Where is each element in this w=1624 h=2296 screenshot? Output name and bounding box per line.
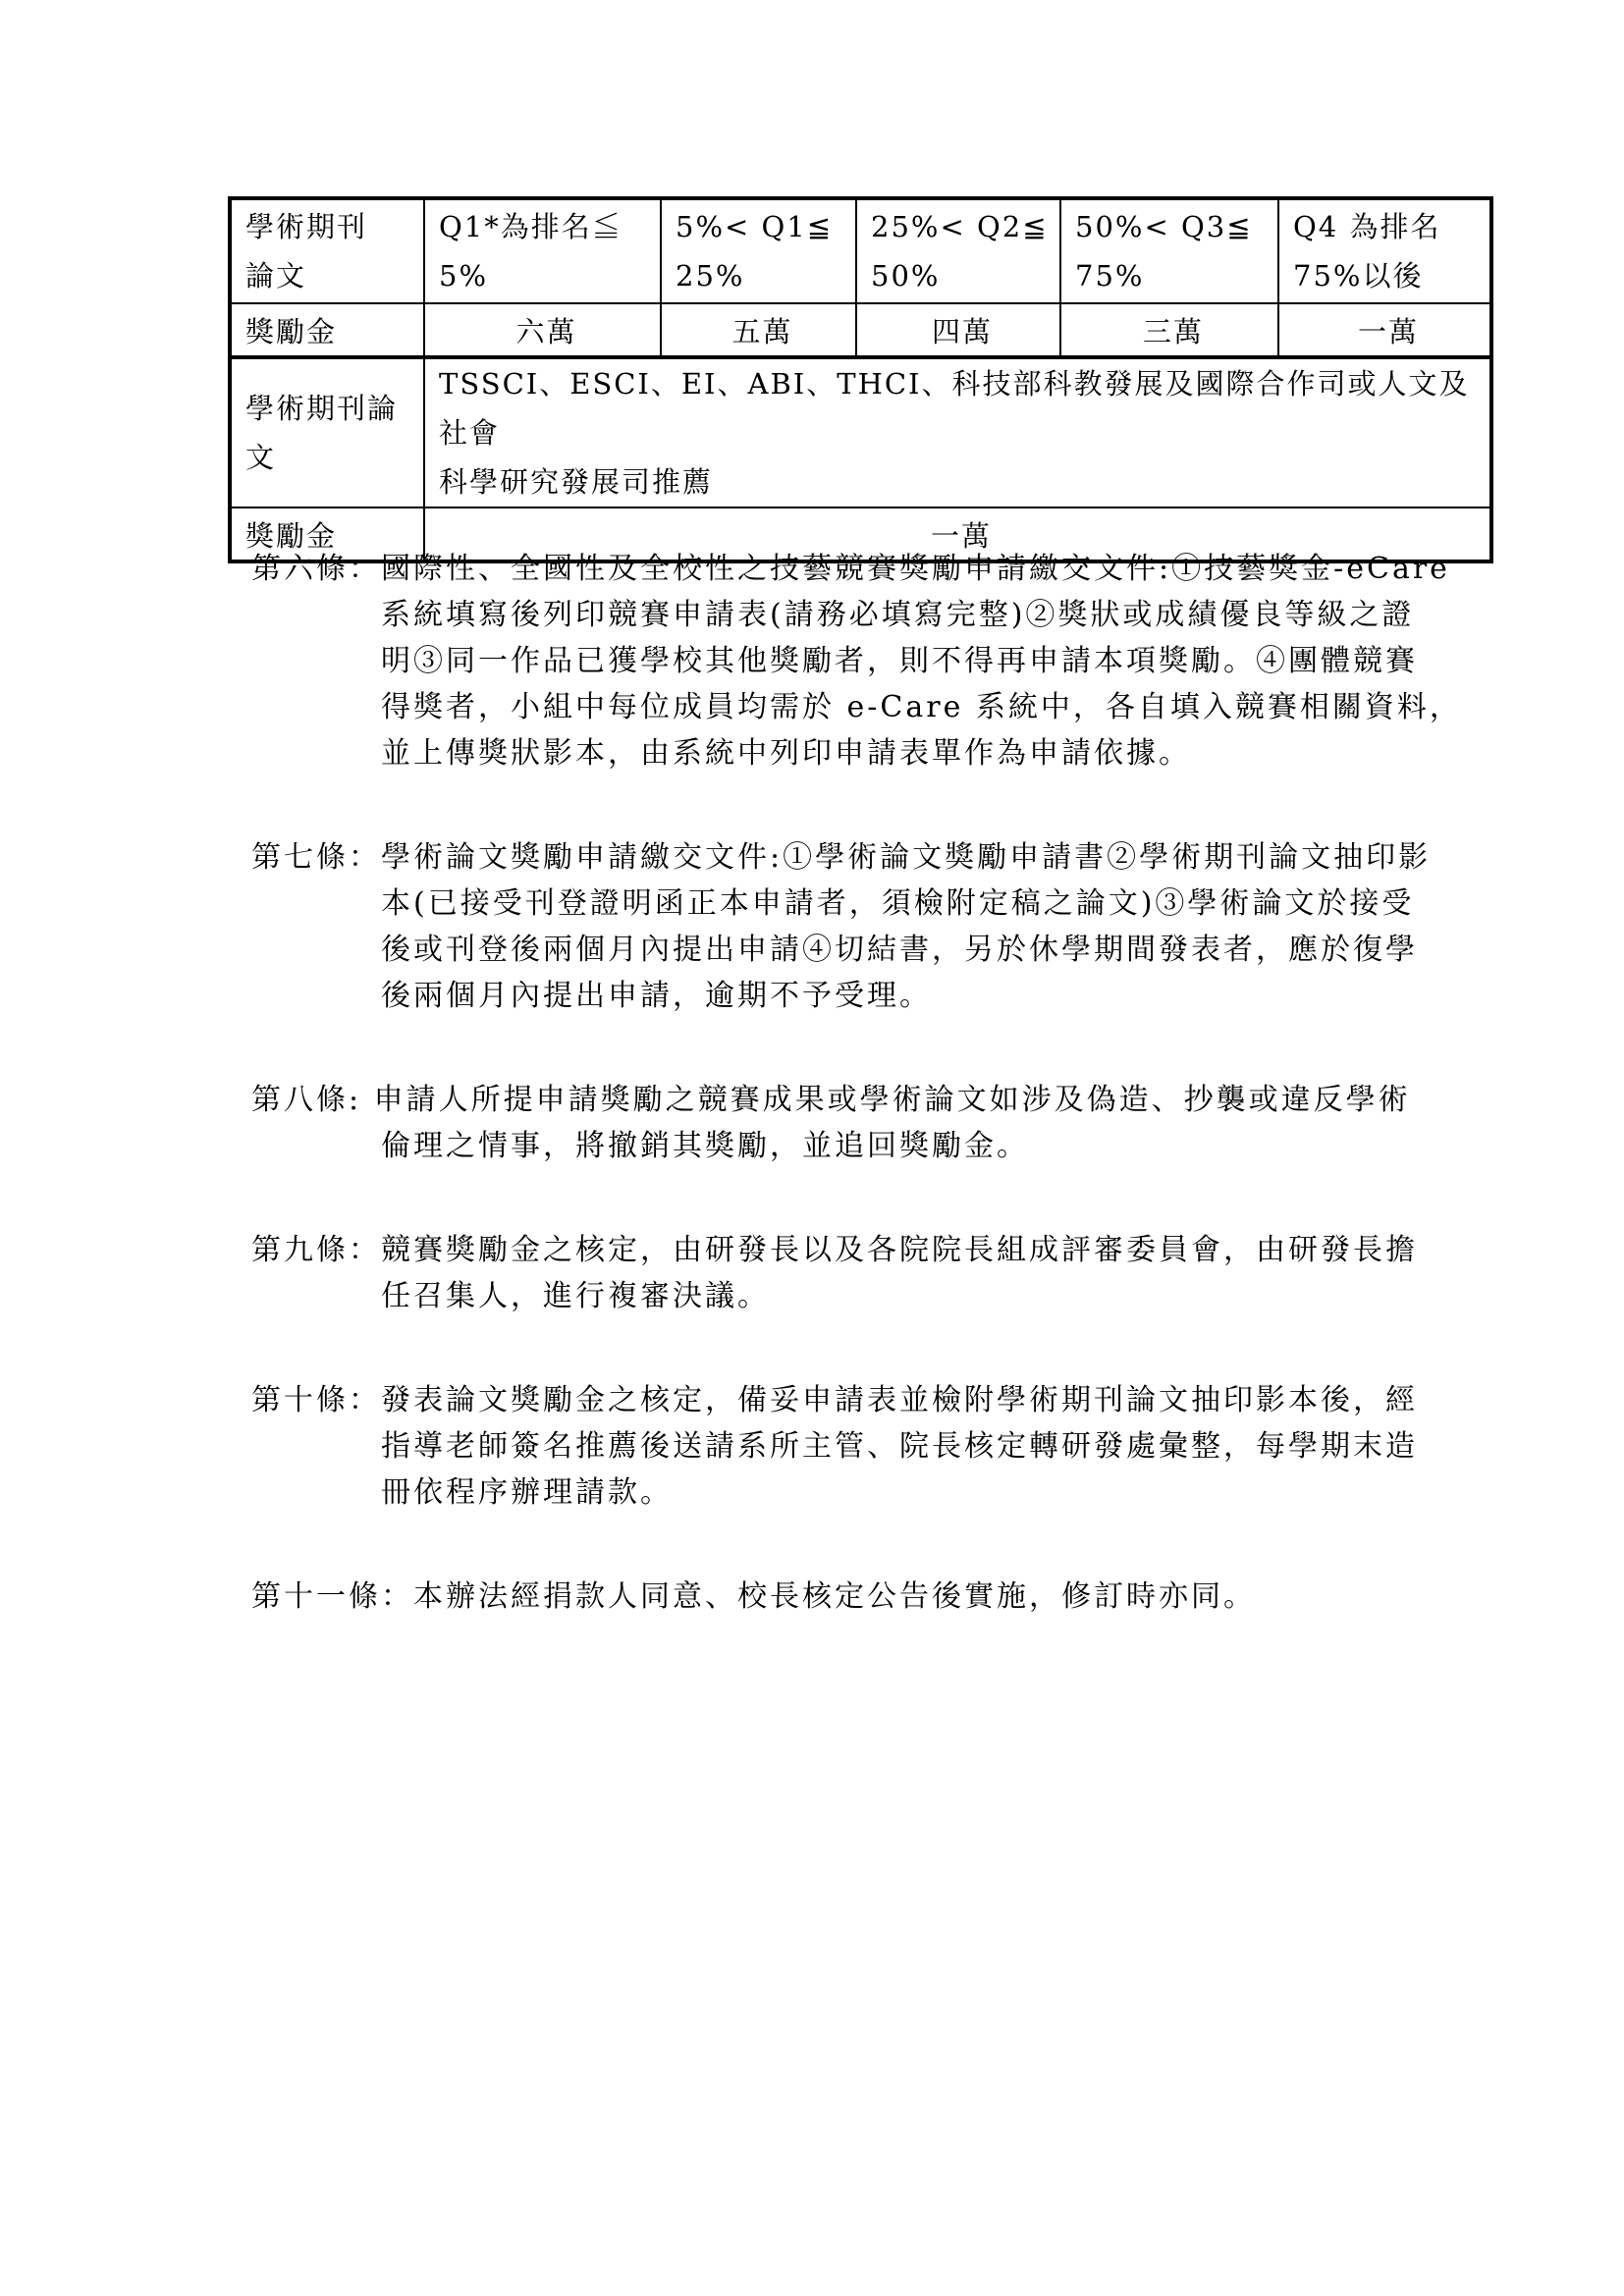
article-line: 倫理之情事，將撤銷其獎勵，並追回獎勵金。 xyxy=(381,1123,1498,1169)
table-cell-amount: 五萬 xyxy=(661,303,856,357)
article-line: 系統填寫後列印競賽申請表(請務必填寫完整)②獎狀或成績優良等級之證 xyxy=(381,592,1498,638)
article-line: 後兩個月內提出申請，逾期不予受理。 xyxy=(381,973,1498,1019)
article-line: 後或刊登後兩個月內提出申請④切結書，另於休學期間發表者，應於復學 xyxy=(381,927,1498,973)
article-first-line: 第十一條：本辦法經捐款人同意、校長核定公告後實施，修訂時亦同。 xyxy=(251,1574,1498,1620)
article-line: 明③同一作品已獲學校其他獎勵者，則不得再申請本項獎勵。④團體競賽 xyxy=(381,638,1498,684)
table-cell-amount: 一萬 xyxy=(1278,303,1491,357)
table-cell-q3: 50%< Q3≦ 75% xyxy=(1060,198,1278,303)
article-line: 本(已接受刊登證明函正本申請者，須檢附定稿之論文)③學術論文於接受 xyxy=(381,881,1498,927)
article-label: 第八條: xyxy=(251,1083,374,1117)
article-10: 第十條：發表論文獎勵金之核定，備妥申請表並檢附學術期刊論文抽印影本後，經 指導老… xyxy=(251,1377,1498,1516)
article-line: 學術論文獎勵申請繳交文件:①學術論文獎勵申請書②學術期刊論文抽印影 xyxy=(381,840,1431,875)
article-line: 任召集人，進行複審決議。 xyxy=(381,1273,1498,1319)
article-line: 申請人所提申請獎勵之競賽成果或學術論文如涉及偽造、抄襲或違反學術 xyxy=(374,1083,1411,1117)
article-line: 發表論文獎勵金之核定，備妥申請表並檢附學術期刊論文抽印影本後，經 xyxy=(381,1383,1418,1417)
article-6: 第六條：國際性、全國性及全校性之技藝競賽獎勵申請繳交文件:①技藝獎金-eCare… xyxy=(251,546,1498,776)
table-row-indexed-journals: 學術期刊論 文 TSSCI、ESCI、EI、ABI、THCI、科技部科教發展及國… xyxy=(230,357,1491,507)
article-first-line: 第九條：競賽獎勵金之核定，由研發長以及各院院長組成評審委員會，由研發長擔 xyxy=(251,1227,1498,1273)
article-label: 第十一條： xyxy=(251,1579,413,1614)
table-cell-amount: 三萬 xyxy=(1060,303,1278,357)
table-cell-amount: 六萬 xyxy=(424,303,661,357)
page: 學術期刊 論文 Q1*為排名≦ 5% 5%< Q1≦ 25% 25%< Q2≦ … xyxy=(0,0,1624,2296)
article-first-line: 第七條：學術論文獎勵申請繳交文件:①學術論文獎勵申請書②學術期刊論文抽印影 xyxy=(251,834,1498,881)
article-label: 第六條： xyxy=(251,552,381,586)
article-label: 第十條： xyxy=(251,1383,381,1417)
table-cell-q2: 25%< Q2≦ 50% xyxy=(856,198,1060,303)
regulation-articles: 第六條：國際性、全國性及全校性之技藝競賽獎勵申請繳交文件:①技藝獎金-eCare… xyxy=(251,546,1498,1678)
article-line: 指導老師簽名推薦後送請系所主管、院長核定轉研發處彙整，每學期末造 xyxy=(381,1423,1498,1469)
article-line: 競賽獎勵金之核定，由研發長以及各院院長組成評審委員會，由研發長擔 xyxy=(381,1233,1418,1267)
article-line: 本辦法經捐款人同意、校長核定公告後實施，修訂時亦同。 xyxy=(413,1579,1256,1614)
table-cell-row-header: 學術期刊論 文 xyxy=(230,357,424,507)
table-cell-row-header: 學術期刊 論文 xyxy=(230,198,424,303)
article-first-line: 第八條: 申請人所提申請獎勵之競賽成果或學術論文如涉及偽造、抄襲或違反學術 xyxy=(251,1077,1498,1123)
article-11: 第十一條：本辦法經捐款人同意、校長核定公告後實施，修訂時亦同。 xyxy=(251,1574,1498,1620)
article-8: 第八條: 申請人所提申請獎勵之競賽成果或學術論文如涉及偽造、抄襲或違反學術 倫理… xyxy=(251,1077,1498,1169)
article-7: 第七條：學術論文獎勵申請繳交文件:①學術論文獎勵申請書②學術期刊論文抽印影 本(… xyxy=(251,834,1498,1019)
article-label: 第七條： xyxy=(251,840,381,875)
article-line: 並上傳獎狀影本，由系統中列印申請表單作為申請依據。 xyxy=(381,730,1498,776)
journal-paper-award-table: 學術期刊 論文 Q1*為排名≦ 5% 5%< Q1≦ 25% 25%< Q2≦ … xyxy=(228,196,1493,563)
table-row-award-amounts: 獎勵金 六萬 五萬 四萬 三萬 一萬 xyxy=(230,303,1491,357)
table-cell-row-header: 獎勵金 xyxy=(230,303,424,357)
table-row-journal-quartiles: 學術期刊 論文 Q1*為排名≦ 5% 5%< Q1≦ 25% 25%< Q2≦ … xyxy=(230,198,1491,303)
table-cell-q4: Q4 為排名 75%以後 xyxy=(1278,198,1491,303)
table-cell-q1-25: 5%< Q1≦ 25% xyxy=(661,198,856,303)
article-first-line: 第六條：國際性、全國性及全校性之技藝競賽獎勵申請繳交文件:①技藝獎金-eCare xyxy=(251,546,1498,592)
article-line: 得獎者，小組中每位成員均需於 e-Care 系統中，各自填入競賽相關資料， xyxy=(381,684,1498,730)
article-label: 第九條： xyxy=(251,1233,381,1267)
table-cell-q1: Q1*為排名≦ 5% xyxy=(424,198,661,303)
article-line: 冊依程序辦理請款。 xyxy=(381,1469,1498,1516)
article-first-line: 第十條：發表論文獎勵金之核定，備妥申請表並檢附學術期刊論文抽印影本後，經 xyxy=(251,1377,1498,1423)
table-cell-amount: 四萬 xyxy=(856,303,1060,357)
table-cell-index-list: TSSCI、ESCI、EI、ABI、THCI、科技部科教發展及國際合作司或人文及… xyxy=(424,357,1491,507)
article-line: 國際性、全國性及全校性之技藝競賽獎勵申請繳交文件:①技藝獎金-eCare xyxy=(381,552,1450,586)
article-9: 第九條：競賽獎勵金之核定，由研發長以及各院院長組成評審委員會，由研發長擔 任召集… xyxy=(251,1227,1498,1319)
